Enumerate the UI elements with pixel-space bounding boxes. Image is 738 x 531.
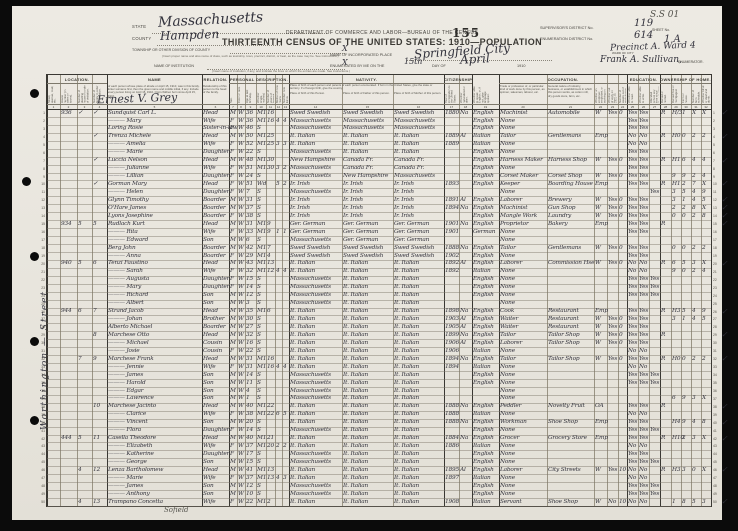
table-cell: English <box>473 451 494 457</box>
row-line <box>47 347 711 348</box>
table-cell: S <box>257 380 261 386</box>
table-cell: It. Italian <box>394 149 419 155</box>
table-cell: 0 <box>619 110 623 116</box>
table-cell: M <box>230 403 236 409</box>
table-cell: It. Italian <box>394 499 419 505</box>
row-number-right: 29 <box>713 333 721 337</box>
table-cell: 1886 <box>445 443 459 449</box>
table-cell: It. Italian <box>343 499 368 505</box>
table-cell: No <box>639 499 647 505</box>
table-cell: Daughter <box>203 427 229 433</box>
table-cell: Emp <box>595 435 608 441</box>
table-cell: English <box>473 419 494 425</box>
table-cell: 11 <box>93 435 100 441</box>
table-cell: English <box>473 165 494 171</box>
table-cell: Shoe Shop <box>548 499 578 505</box>
row-number-left: 31 <box>36 349 45 353</box>
scanned-census-photo: STATE Massachusetts COUNTY Hampden TOWNS… <box>0 0 738 531</box>
table-cell: 4 <box>276 268 280 274</box>
column-number: 19 <box>472 105 499 109</box>
table-cell: Head <box>203 260 218 266</box>
sheet-label: SHEET No. <box>652 28 670 32</box>
column-vertical-label: Number of dwelling house in order of vis… <box>78 85 91 103</box>
table-cell: Head <box>203 221 218 227</box>
table-cell: M <box>230 157 236 163</box>
row-number-left: 45 <box>36 460 45 464</box>
table-cell: 4 <box>702 268 706 274</box>
table-cell: Wife <box>203 443 216 449</box>
table-cell: 3 <box>276 141 280 147</box>
table-cell: S <box>257 125 261 131</box>
table-cell: Boarder <box>203 205 226 211</box>
table-cell: Ir. Irish <box>290 197 310 203</box>
table-cell: W <box>238 205 244 211</box>
table-cell: 51 <box>246 165 253 171</box>
table-cell: Italian <box>473 499 491 505</box>
table-cell: 27 <box>246 324 253 330</box>
table-cell: Massachusetts <box>290 483 331 489</box>
table-cell: 13 <box>93 499 100 505</box>
row-number-right: 36 <box>713 389 721 393</box>
table-cell: S <box>257 451 261 457</box>
column-group-title: RELATION. <box>202 77 229 82</box>
table-cell: Daughter <box>203 284 229 290</box>
table-cell: Massachusetts <box>290 189 331 195</box>
table-cell: Son <box>203 395 214 401</box>
column-group-title: NATIVITY. <box>289 77 444 82</box>
table-cell: It. Italian <box>394 348 419 354</box>
table-cell: H/3 <box>672 110 682 116</box>
table-cell: W <box>238 110 244 116</box>
table-cell: Yes <box>608 467 617 473</box>
table-cell: Daughter <box>203 276 229 282</box>
column-number: 32 <box>701 105 711 109</box>
table-cell: It. Italian <box>394 300 419 306</box>
table-cell: M <box>230 300 236 306</box>
table-cell: W <box>238 141 244 147</box>
table-cell: ——— Josie <box>108 348 140 354</box>
table-cell: W <box>595 157 601 163</box>
table-cell: 30 <box>267 165 274 171</box>
table-cell: 22 <box>246 149 253 155</box>
table-cell: English <box>473 284 494 290</box>
table-cell: Ir. Irish <box>290 213 310 219</box>
table-cell: Ger. German <box>343 229 378 235</box>
row-number-left: 16 <box>36 230 45 234</box>
table-cell: S <box>257 388 261 394</box>
table-cell: ——— Albert <box>108 300 144 306</box>
table-cell: 52 <box>246 141 253 147</box>
table-cell: No <box>628 268 636 274</box>
table-cell: 9 <box>682 173 686 179</box>
table-cell: No <box>639 467 647 473</box>
group-title-rule <box>627 83 660 84</box>
table-cell: ——— Jennie <box>108 364 144 370</box>
table-cell: English <box>473 221 494 227</box>
table-cell: Emp <box>595 221 608 227</box>
table-cell: Ger. German <box>343 221 378 227</box>
table-cell: Son <box>203 388 214 394</box>
row-checkmark: ✓ <box>721 259 728 268</box>
table-cell: Head <box>203 435 218 441</box>
table-cell: It. Italian <box>394 316 419 322</box>
table-cell: Italian <box>473 133 491 139</box>
table-cell: Ir. Irish <box>394 189 414 195</box>
table-cell: M1 <box>257 133 266 139</box>
group-title-rule <box>47 83 107 84</box>
table-cell: It. Italian <box>394 356 419 362</box>
table-cell: R <box>661 133 665 139</box>
table-cell: It. Italian <box>394 372 419 378</box>
column-vertical-label: Number of farm schedule. <box>692 85 700 103</box>
row-number-left: 1 <box>36 111 45 115</box>
table-cell: 1892 <box>445 260 459 266</box>
table-cell: W <box>238 197 244 203</box>
table-cell: Tailor <box>500 245 516 251</box>
table-cell: Sundquist Carl L. <box>108 110 156 116</box>
table-cell: Swed Swedish <box>343 245 383 251</box>
row-number-left: 10 <box>36 182 45 186</box>
table-cell: It. Italian <box>290 348 315 354</box>
table-cell: Yes <box>628 205 637 211</box>
table-cell: 3 <box>672 189 676 195</box>
table-cell: Cousin <box>203 348 222 354</box>
table-cell: S <box>257 213 261 219</box>
table-cell: 1 <box>682 316 686 322</box>
table-cell: Yes <box>628 324 637 330</box>
table-cell: Yes <box>639 491 648 497</box>
table-cell: Yes <box>639 332 648 338</box>
table-cell: Glynn Timothy <box>108 197 149 203</box>
table-cell: 0 <box>682 268 686 274</box>
table-cell: It. Italian <box>394 141 419 147</box>
table-cell: It. Italian <box>290 499 315 505</box>
table-cell: ——— Sarah <box>108 268 143 274</box>
table-cell: Yes <box>639 356 648 362</box>
table-cell: 22 <box>246 348 253 354</box>
row-number-left: 36 <box>36 389 45 393</box>
row-number-right: 34 <box>713 373 721 377</box>
table-cell: 0 <box>682 133 686 139</box>
table-cell: Ir. Irish <box>394 197 414 203</box>
table-cell: Wd <box>257 181 266 187</box>
table-cell: Tenzi Faustino <box>108 260 148 266</box>
table-cell: W <box>238 125 244 131</box>
table-cell: 21 <box>267 435 274 441</box>
table-cell: M <box>230 237 236 243</box>
table-grid-line <box>711 75 712 506</box>
table-cell: R <box>661 467 665 473</box>
table-cell: 7 <box>78 356 82 362</box>
table-cell: 6 <box>267 308 271 314</box>
table-cell: None <box>500 372 515 378</box>
table-cell: Yes <box>628 292 637 298</box>
table-cell: W <box>595 332 601 338</box>
table-cell: Yes <box>650 427 659 433</box>
table-cell: Head <box>203 308 218 314</box>
table-cell: It. Italian <box>394 443 419 449</box>
row-number-left: 15 <box>36 222 45 226</box>
table-cell: 3 <box>692 260 696 266</box>
table-cell: ——— Harold <box>108 380 146 386</box>
table-cell: Massachusetts <box>290 395 331 401</box>
table-cell: Yes <box>639 221 648 227</box>
table-grid-line <box>256 75 257 506</box>
enumeration-month: April <box>460 51 490 67</box>
row-number-right: 43 <box>713 444 721 448</box>
row-number-right: 37 <box>713 397 721 401</box>
table-cell: 9 <box>682 395 686 401</box>
column-number: 24 <box>618 105 627 109</box>
table-cell: 37 <box>246 205 253 211</box>
table-cell: 9 <box>672 173 676 179</box>
table-cell: Ir. Irish <box>394 205 414 211</box>
table-cell: 35 <box>246 308 253 314</box>
table-cell: Na <box>460 435 468 441</box>
table-cell: 0 <box>619 324 623 330</box>
table-cell: 25 <box>267 133 274 139</box>
row-line <box>47 300 711 301</box>
table-cell: Swed Swedish <box>290 245 330 251</box>
table-cell: M <box>230 395 236 401</box>
column-number: 14 <box>289 105 342 109</box>
table-cell: Head <box>203 403 218 409</box>
table-cell: ——— James <box>108 483 143 489</box>
table-cell: None <box>500 165 515 171</box>
table-grid-line <box>47 75 48 506</box>
table-cell: F <box>230 348 234 354</box>
table-cell: It. Italian <box>394 308 419 314</box>
column-number: 7 <box>229 105 237 109</box>
column-number: 27 <box>649 105 660 109</box>
table-cell: 32 <box>246 268 253 274</box>
table-cell: It. Italian <box>343 332 368 338</box>
table-cell: 1888 <box>445 245 459 251</box>
row-number-left: 9 <box>36 175 45 179</box>
table-grid-line <box>77 75 78 506</box>
table-cell: Italian <box>473 141 491 147</box>
table-cell: It. Italian <box>394 340 419 346</box>
table-cell: ✓ <box>93 181 98 187</box>
table-cell: 31 <box>246 356 253 362</box>
table-cell: Corset Maker <box>500 173 538 179</box>
row-number-left: 41 <box>36 429 45 433</box>
table-cell: 6 <box>78 308 82 314</box>
group-title-rule <box>660 83 711 84</box>
row-number-left: 14 <box>36 214 45 218</box>
table-cell: R <box>661 157 665 163</box>
table-cell: 0 <box>682 356 686 362</box>
column-number: 3 <box>77 105 92 109</box>
table-cell: W <box>238 308 244 314</box>
table-cell: M1 <box>257 110 266 116</box>
table-cell: W <box>595 499 601 505</box>
row-number-right: 3 <box>713 127 721 131</box>
column-vertical-label: Whether able to speak English; or, if no… <box>473 85 498 103</box>
column-number: 18 <box>459 105 472 109</box>
table-cell: None <box>500 459 515 465</box>
table-cell: No <box>628 260 636 266</box>
table-cell: S <box>257 276 261 282</box>
table-cell: Wife <box>203 118 216 124</box>
table-cell: S <box>257 332 261 338</box>
table-cell: S <box>257 340 261 346</box>
table-cell: Laborer <box>500 340 522 346</box>
row-number-left: 21 <box>36 270 45 274</box>
table-cell: 1892 <box>445 268 459 274</box>
table-cell: It. Italian <box>343 380 368 386</box>
table-cell: ——— Clarice <box>108 411 146 417</box>
table-cell: W <box>238 245 244 251</box>
table-cell: W <box>595 316 601 322</box>
table-cell: No <box>639 260 647 266</box>
column-number: 21 <box>547 105 594 109</box>
table-cell: 43 <box>246 260 253 266</box>
table-cell: X <box>702 395 706 401</box>
table-cell: Yes <box>639 125 648 131</box>
table-cell: W <box>238 165 244 171</box>
table-cell: Yes <box>628 332 637 338</box>
table-cell: Yes <box>608 157 617 163</box>
row-number-right: 5 <box>713 143 721 147</box>
column-vertical-label: Owned free or mortgaged. <box>672 85 680 103</box>
table-cell: Head <box>203 110 218 116</box>
table-cell: 3 <box>283 141 287 147</box>
table-cell: F <box>230 451 234 457</box>
table-cell: Yes <box>628 372 637 378</box>
table-cell: Son <box>203 372 214 378</box>
table-cell: M <box>230 316 236 322</box>
table-cell: 9 <box>267 221 271 227</box>
table-cell: 22 <box>267 403 274 409</box>
table-cell: 1889 <box>445 141 459 147</box>
table-cell: Berg John <box>108 245 136 251</box>
table-cell: Yes <box>628 316 637 322</box>
table-cell: It. Italian <box>394 292 419 298</box>
table-cell: 40 <box>246 435 253 441</box>
table-cell: None <box>500 253 515 259</box>
table-cell: 16 <box>267 356 274 362</box>
bottom-pencil-note: Sofield <box>164 506 189 514</box>
table-cell: Marchese Frank <box>108 356 154 362</box>
table-cell: Ir. Irish <box>290 205 310 211</box>
table-cell: ——— Edgar <box>108 388 143 394</box>
row-number-left: 13 <box>36 206 45 210</box>
table-cell: English <box>473 459 494 465</box>
table-cell: 8 <box>93 332 97 338</box>
row-number-left: 29 <box>36 333 45 337</box>
table-cell: 0 <box>672 245 676 251</box>
table-cell: M <box>230 459 236 465</box>
table-cell: 5 <box>682 308 686 314</box>
table-cell: 944 <box>61 308 71 314</box>
table-cell: 1906 <box>445 348 459 354</box>
row-number-left: 37 <box>36 397 45 401</box>
table-cell: Yes <box>639 292 648 298</box>
table-grid-line <box>60 75 61 506</box>
table-cell: 4 <box>283 268 287 274</box>
table-cell: M1 <box>257 118 266 124</box>
table-cell: Yes <box>639 229 648 235</box>
table-cell: 8 <box>702 419 706 425</box>
table-cell: 31 <box>246 197 253 203</box>
table-cell: 2 <box>692 245 696 251</box>
table-cell: English <box>473 435 494 441</box>
table-cell: W <box>238 475 244 481</box>
table-cell: M1 <box>257 260 266 266</box>
row-number-right: 46 <box>713 468 721 472</box>
table-cell: It. Italian <box>394 491 419 497</box>
row-number-right: 20 <box>713 262 721 266</box>
table-cell: Machinist <box>500 110 527 116</box>
table-cell: W <box>238 284 244 290</box>
table-cell: 38 <box>246 213 253 219</box>
table-cell: ——— Edward <box>108 237 148 243</box>
table-cell: Al <box>460 133 466 139</box>
table-cell: 9 <box>93 356 97 362</box>
table-cell: ——— Elizabeth <box>108 443 152 449</box>
table-cell: 5 <box>78 435 82 441</box>
table-cell: None <box>500 229 515 235</box>
table-cell: None <box>500 348 515 354</box>
table-cell: ——— Anna <box>108 253 141 259</box>
table-cell: Al <box>460 467 466 473</box>
table-cell: 6 <box>672 395 676 401</box>
table-cell: 936 <box>61 110 71 116</box>
table-cell: Italian <box>473 348 491 354</box>
table-cell: English <box>473 181 494 187</box>
row-number-right: 38 <box>713 405 721 409</box>
table-cell: 13 <box>267 475 274 481</box>
table-cell: ——— Michael <box>108 340 149 346</box>
table-cell: Yes <box>650 380 659 386</box>
table-cell: 1 <box>246 395 250 401</box>
table-cell: It. Italian <box>343 459 368 465</box>
table-cell: It. Italian <box>290 443 315 449</box>
table-cell: W <box>595 340 601 346</box>
table-cell: S <box>257 419 261 425</box>
table-cell: Yes <box>608 260 617 266</box>
table-cell: Lyons Josephine <box>108 213 153 219</box>
table-cell: 17 <box>246 451 253 457</box>
table-cell: Yes <box>639 149 648 155</box>
table-cell: W <box>595 260 601 266</box>
table-cell: Head <box>203 356 218 362</box>
table-cell: Canada Fr. <box>394 157 424 163</box>
table-cell: Yes <box>628 173 637 179</box>
table-cell: Daughter <box>203 173 229 179</box>
table-cell: W <box>238 324 244 330</box>
table-cell: 22 <box>246 499 253 505</box>
table-cell: None <box>500 491 515 497</box>
table-cell: Wife <box>203 499 216 505</box>
table-cell: W <box>595 110 601 116</box>
row-number-left: 7 <box>36 159 45 163</box>
table-cell: M1 <box>257 165 266 171</box>
table-cell: It. Italian <box>343 316 368 322</box>
table-cell: W <box>595 197 601 203</box>
table-cell: None <box>500 427 515 433</box>
table-cell: ✓ <box>78 110 83 116</box>
table-cell: No <box>628 348 636 354</box>
table-cell: It. Italian <box>343 141 368 147</box>
table-cell: H0 <box>672 133 680 139</box>
table-cell: W <box>238 292 244 298</box>
table-cell: Massachusetts <box>343 118 384 124</box>
table-cell: ——— Julianne <box>108 165 149 171</box>
table-cell: 5 <box>78 260 82 266</box>
table-cell: M1 <box>257 356 266 362</box>
